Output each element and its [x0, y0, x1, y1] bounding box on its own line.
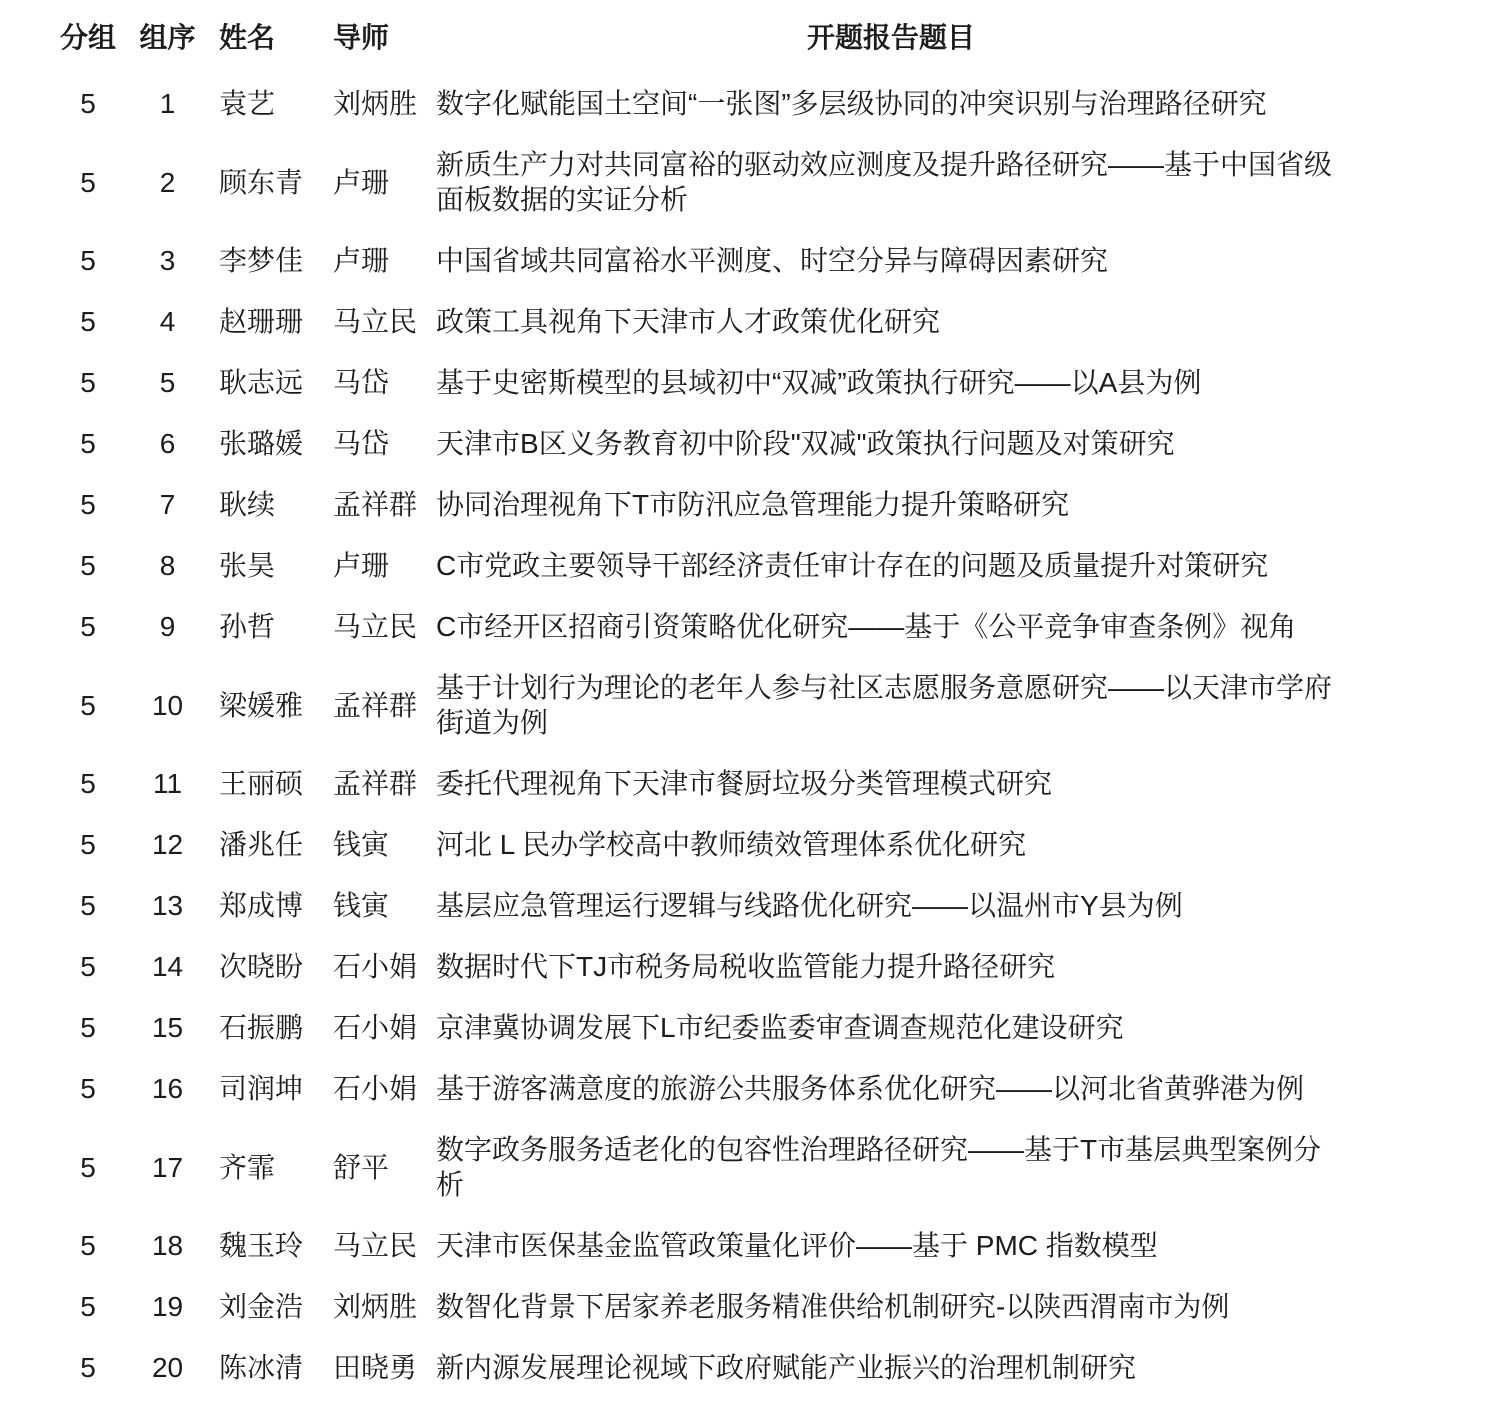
seq-cell: 9	[116, 596, 219, 657]
seq-cell: 3	[116, 230, 219, 291]
advisor-cell: 马立民	[333, 291, 436, 352]
group-cell: 5	[60, 474, 116, 535]
advisor-cell: 孟祥群	[333, 474, 436, 535]
seq-cell: 12	[116, 814, 219, 875]
advisor-cell: 马岱	[333, 352, 436, 413]
table-row: 5 19 刘金浩 刘炳胜 数智化背景下居家养老服务精准供给机制研究-以陕西渭南市…	[60, 1276, 1346, 1337]
seq-cell: 8	[116, 535, 219, 596]
title-cell: 数据时代下TJ市税务局税收监管能力提升路径研究	[436, 936, 1346, 997]
advisor-cell: 马岱	[333, 413, 436, 474]
seq-cell: 18	[116, 1215, 219, 1276]
table-row: 5 12 潘兆任 钱寅 河北 L 民办学校高中教师绩效管理体系优化研究	[60, 814, 1346, 875]
advisor-cell: 孟祥群	[333, 753, 436, 814]
table-row: 5 16 司润坤 石小娟 基于游客满意度的旅游公共服务体系优化研究——以河北省黄…	[60, 1058, 1346, 1119]
col-header-seq: 组序	[116, 8, 219, 73]
group-cell: 5	[60, 657, 116, 753]
table-row: 5 15 石振鹏 石小娟 京津冀协调发展下L市纪委监委审查调查规范化建设研究	[60, 997, 1346, 1058]
advisor-cell: 卢珊	[333, 134, 436, 230]
title-cell: C市党政主要领导干部经济责任审计存在的问题及质量提升对策研究	[436, 535, 1346, 596]
name-cell: 刘金浩	[219, 1276, 333, 1337]
name-cell: 潘兆任	[219, 814, 333, 875]
table-row: 5 20 陈冰清 田晓勇 新内源发展理论视域下政府赋能产业振兴的治理机制研究	[60, 1337, 1346, 1398]
group-cell: 5	[60, 73, 116, 134]
advisor-cell: 舒平	[333, 1119, 436, 1215]
advisor-cell: 石小娟	[333, 997, 436, 1058]
table-row: 5 10 梁媛雅 孟祥群 基于计划行为理论的老年人参与社区志愿服务意愿研究——以…	[60, 657, 1346, 753]
title-cell: 协同治理视角下T市防汛应急管理能力提升策略研究	[436, 474, 1346, 535]
name-cell: 张璐媛	[219, 413, 333, 474]
advisor-cell: 钱寅	[333, 814, 436, 875]
table-row: 5 5 耿志远 马岱 基于史密斯模型的县域初中“双减”政策执行研究——以A县为例	[60, 352, 1346, 413]
title-cell: 基于史密斯模型的县域初中“双减”政策执行研究——以A县为例	[436, 352, 1346, 413]
name-cell: 耿志远	[219, 352, 333, 413]
seq-cell: 6	[116, 413, 219, 474]
seq-cell: 7	[116, 474, 219, 535]
title-cell: 天津市医保基金监管政策量化评价——基于 PMC 指数模型	[436, 1215, 1346, 1276]
name-cell: 陈冰清	[219, 1337, 333, 1398]
seq-cell: 2	[116, 134, 219, 230]
group-cell: 5	[60, 875, 116, 936]
seq-cell: 4	[116, 291, 219, 352]
title-cell: 京津冀协调发展下L市纪委监委审查调查规范化建设研究	[436, 997, 1346, 1058]
col-header-group: 分组	[60, 8, 116, 73]
table-row: 5 8 张昊 卢珊 C市党政主要领导干部经济责任审计存在的问题及质量提升对策研究	[60, 535, 1346, 596]
table-row: 5 2 顾东青 卢珊 新质生产力对共同富裕的驱动效应测度及提升路径研究——基于中…	[60, 134, 1346, 230]
seq-cell: 20	[116, 1337, 219, 1398]
table-body: 5 1 袁艺 刘炳胜 数字化赋能国土空间“一张图”多层级协同的冲突识别与治理路径…	[60, 73, 1346, 1398]
group-cell: 5	[60, 535, 116, 596]
advisor-cell: 刘炳胜	[333, 1276, 436, 1337]
name-cell: 袁艺	[219, 73, 333, 134]
table-row: 5 4 赵珊珊 马立民 政策工具视角下天津市人才政策优化研究	[60, 291, 1346, 352]
seq-cell: 11	[116, 753, 219, 814]
name-cell: 司润坤	[219, 1058, 333, 1119]
seq-cell: 10	[116, 657, 219, 753]
group-cell: 5	[60, 1058, 116, 1119]
title-cell: 基于计划行为理论的老年人参与社区志愿服务意愿研究——以天津市学府街道为例	[436, 657, 1346, 753]
seq-cell: 13	[116, 875, 219, 936]
name-cell: 石振鹏	[219, 997, 333, 1058]
title-cell: 河北 L 民办学校高中教师绩效管理体系优化研究	[436, 814, 1346, 875]
seq-cell: 16	[116, 1058, 219, 1119]
name-cell: 郑成博	[219, 875, 333, 936]
seq-cell: 19	[116, 1276, 219, 1337]
table-row: 5 3 李梦佳 卢珊 中国省域共同富裕水平测度、时空分异与障碍因素研究	[60, 230, 1346, 291]
table-row: 5 7 耿续 孟祥群 协同治理视角下T市防汛应急管理能力提升策略研究	[60, 474, 1346, 535]
table-row: 5 1 袁艺 刘炳胜 数字化赋能国土空间“一张图”多层级协同的冲突识别与治理路径…	[60, 73, 1346, 134]
table-row: 5 18 魏玉玲 马立民 天津市医保基金监管政策量化评价——基于 PMC 指数模…	[60, 1215, 1346, 1276]
group-cell: 5	[60, 997, 116, 1058]
name-cell: 魏玉玲	[219, 1215, 333, 1276]
seq-cell: 5	[116, 352, 219, 413]
col-header-name: 姓名	[219, 8, 333, 73]
group-cell: 5	[60, 134, 116, 230]
advisor-cell: 石小娟	[333, 1058, 436, 1119]
title-cell: 新内源发展理论视域下政府赋能产业振兴的治理机制研究	[436, 1337, 1346, 1398]
name-cell: 孙哲	[219, 596, 333, 657]
table-row: 5 13 郑成博 钱寅 基层应急管理运行逻辑与线路优化研究——以温州市Y县为例	[60, 875, 1346, 936]
group-cell: 5	[60, 814, 116, 875]
seq-cell: 17	[116, 1119, 219, 1215]
advisor-cell: 卢珊	[333, 535, 436, 596]
group-cell: 5	[60, 1337, 116, 1398]
seq-cell: 14	[116, 936, 219, 997]
title-cell: 数字政务服务适老化的包容性治理路径研究——基于T市基层典型案例分析	[436, 1119, 1346, 1215]
name-cell: 李梦佳	[219, 230, 333, 291]
title-cell: 委托代理视角下天津市餐厨垃圾分类管理模式研究	[436, 753, 1346, 814]
group-cell: 5	[60, 291, 116, 352]
document-page: 分组 组序 姓名 导师 开题报告题目 5 1 袁艺 刘炳胜 数字化赋能国土空间“…	[0, 0, 1499, 1408]
title-cell: 数字化赋能国土空间“一张图”多层级协同的冲突识别与治理路径研究	[436, 73, 1346, 134]
table-row: 5 17 齐霏 舒平 数字政务服务适老化的包容性治理路径研究——基于T市基层典型…	[60, 1119, 1346, 1215]
title-cell: 数智化背景下居家养老服务精准供给机制研究-以陕西渭南市为例	[436, 1276, 1346, 1337]
advisor-cell: 钱寅	[333, 875, 436, 936]
title-cell: C市经开区招商引资策略优化研究——基于《公平竞争审查条例》视角	[436, 596, 1346, 657]
title-cell: 中国省域共同富裕水平测度、时空分异与障碍因素研究	[436, 230, 1346, 291]
advisor-cell: 刘炳胜	[333, 73, 436, 134]
table-row: 5 6 张璐媛 马岱 天津市B区义务教育初中阶段"双减"政策执行问题及对策研究	[60, 413, 1346, 474]
thesis-proposal-table: 分组 组序 姓名 导师 开题报告题目 5 1 袁艺 刘炳胜 数字化赋能国土空间“…	[60, 8, 1346, 1398]
table-header-row: 分组 组序 姓名 导师 开题报告题目	[60, 8, 1346, 73]
advisor-cell: 马立民	[333, 596, 436, 657]
name-cell: 张昊	[219, 535, 333, 596]
group-cell: 5	[60, 1119, 116, 1215]
group-cell: 5	[60, 413, 116, 474]
name-cell: 顾东青	[219, 134, 333, 230]
col-header-title: 开题报告题目	[436, 8, 1346, 73]
group-cell: 5	[60, 936, 116, 997]
name-cell: 王丽硕	[219, 753, 333, 814]
seq-cell: 15	[116, 997, 219, 1058]
title-cell: 基层应急管理运行逻辑与线路优化研究——以温州市Y县为例	[436, 875, 1346, 936]
col-header-advisor: 导师	[333, 8, 436, 73]
group-cell: 5	[60, 596, 116, 657]
table-row: 5 9 孙哲 马立民 C市经开区招商引资策略优化研究——基于《公平竞争审查条例》…	[60, 596, 1346, 657]
title-cell: 新质生产力对共同富裕的驱动效应测度及提升路径研究——基于中国省级面板数据的实证分…	[436, 134, 1346, 230]
advisor-cell: 马立民	[333, 1215, 436, 1276]
name-cell: 次晓盼	[219, 936, 333, 997]
group-cell: 5	[60, 1276, 116, 1337]
table-row: 5 14 次晓盼 石小娟 数据时代下TJ市税务局税收监管能力提升路径研究	[60, 936, 1346, 997]
name-cell: 耿续	[219, 474, 333, 535]
title-cell: 基于游客满意度的旅游公共服务体系优化研究——以河北省黄骅港为例	[436, 1058, 1346, 1119]
advisor-cell: 石小娟	[333, 936, 436, 997]
group-cell: 5	[60, 230, 116, 291]
seq-cell: 1	[116, 73, 219, 134]
advisor-cell: 卢珊	[333, 230, 436, 291]
advisor-cell: 田晓勇	[333, 1337, 436, 1398]
table-row: 5 11 王丽硕 孟祥群 委托代理视角下天津市餐厨垃圾分类管理模式研究	[60, 753, 1346, 814]
group-cell: 5	[60, 352, 116, 413]
name-cell: 梁媛雅	[219, 657, 333, 753]
name-cell: 赵珊珊	[219, 291, 333, 352]
group-cell: 5	[60, 753, 116, 814]
title-cell: 天津市B区义务教育初中阶段"双减"政策执行问题及对策研究	[436, 413, 1346, 474]
group-cell: 5	[60, 1215, 116, 1276]
name-cell: 齐霏	[219, 1119, 333, 1215]
title-cell: 政策工具视角下天津市人才政策优化研究	[436, 291, 1346, 352]
advisor-cell: 孟祥群	[333, 657, 436, 753]
